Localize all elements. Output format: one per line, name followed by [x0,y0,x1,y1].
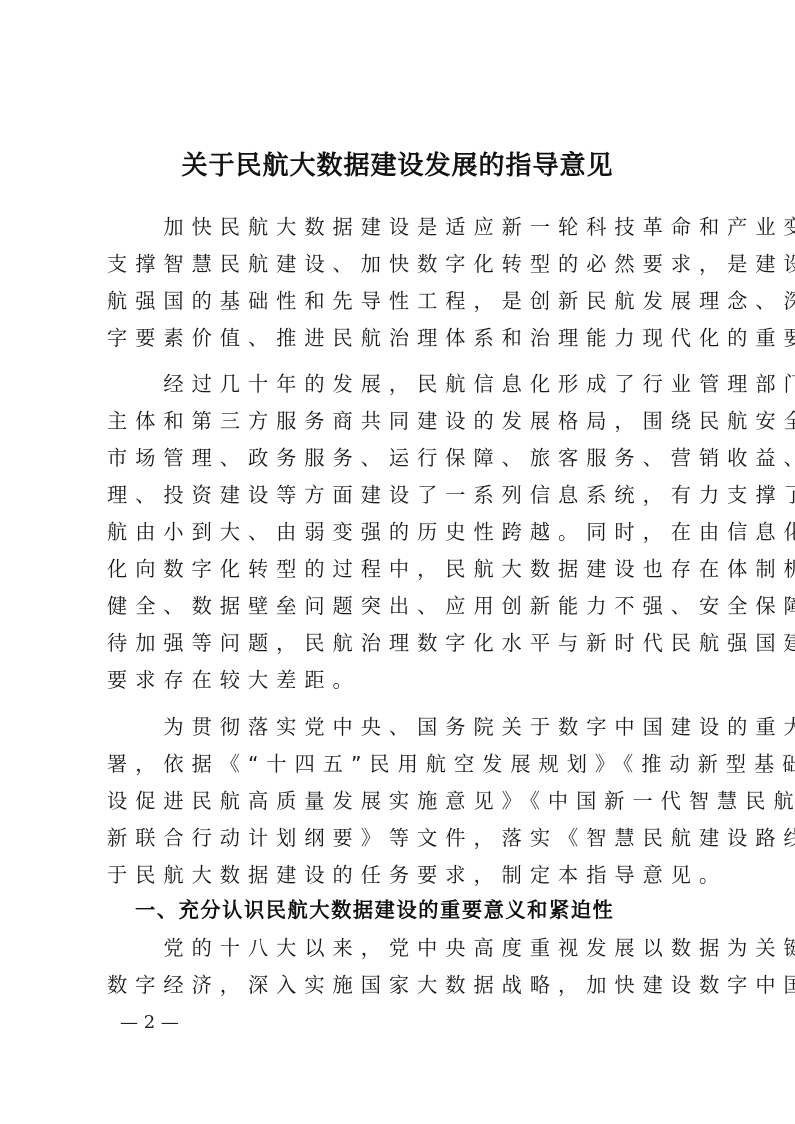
paragraph-line: 航强国的基础性和先导性工程，是创新民航发展理念、深度挖掘数 [107,286,707,316]
paragraph-line: 市场管理、政务服务、运行保障、旅客服务、营销收益、财务管 [107,443,707,473]
paragraph-line: 署，依据《“十四五”民用航空发展规划》《推动新型基础设施建 [107,749,707,779]
paragraph-line: 要求存在较大差距。 [107,665,707,695]
page-number: — 2 — [120,1010,179,1036]
paragraph-line: 主体和第三方服务商共同建设的发展格局，围绕民航安全监管、 [107,406,707,436]
document-page: 关于民航大数据建设发展的指导意见 加快民航大数据建设是适应新一轮科技革命和产业变… [0,0,795,1124]
paragraph-line: 健全、数据壁垒问题突出、应用创新能力不强、安全保障体系亟 [107,591,707,621]
section-heading: 一、充分认识民航大数据建设的重要意义和紧迫性 [135,895,614,925]
paragraph-line: 理、投资建设等方面建设了一系列信息系统，有力支撑了我国民 [107,480,707,510]
paragraph-line: 待加强等问题，民航治理数字化水平与新时代民航强国建设战略 [107,628,707,658]
paragraph-line: 新联合行动计划纲要》等文件，落实《智慧民航建设路线图》关 [107,823,707,853]
paragraph-line: 党的十八大以来，党中央高度重视发展以数据为关键要素的 [107,933,707,963]
document-title: 关于民航大数据建设发展的指导意见 [0,147,795,185]
paragraph-line: 于民航大数据建设的任务要求，制定本指导意见。 [107,860,707,890]
paragraph-line: 字要素价值、推进民航治理体系和治理能力现代化的重要举措。 [107,323,707,353]
paragraph-line: 为贯彻落实党中央、国务院关于数字中国建设的重大决策部 [107,712,707,742]
paragraph-line: 支撑智慧民航建设、加快数字化转型的必然要求，是建设新时代民 [107,249,707,279]
paragraph-line: 经过几十年的发展，民航信息化形成了行业管理部门、运行 [107,369,707,399]
paragraph-line: 设促进民航高质量发展实施意见》《中国新一代智慧民航自主创 [107,786,707,816]
paragraph-line: 化向数字化转型的过程中，民航大数据建设也存在体制机制不够 [107,554,707,584]
paragraph-line: 航由小到大、由弱变强的历史性跨越。同时，在由信息化、网络 [107,517,707,547]
paragraph-line: 数字经济，深入实施国家大数据战略，加快建设数字中国，推进数 [107,970,707,1000]
paragraph-line: 加快民航大数据建设是适应新一轮科技革命和产业变革趋势、 [107,212,707,242]
